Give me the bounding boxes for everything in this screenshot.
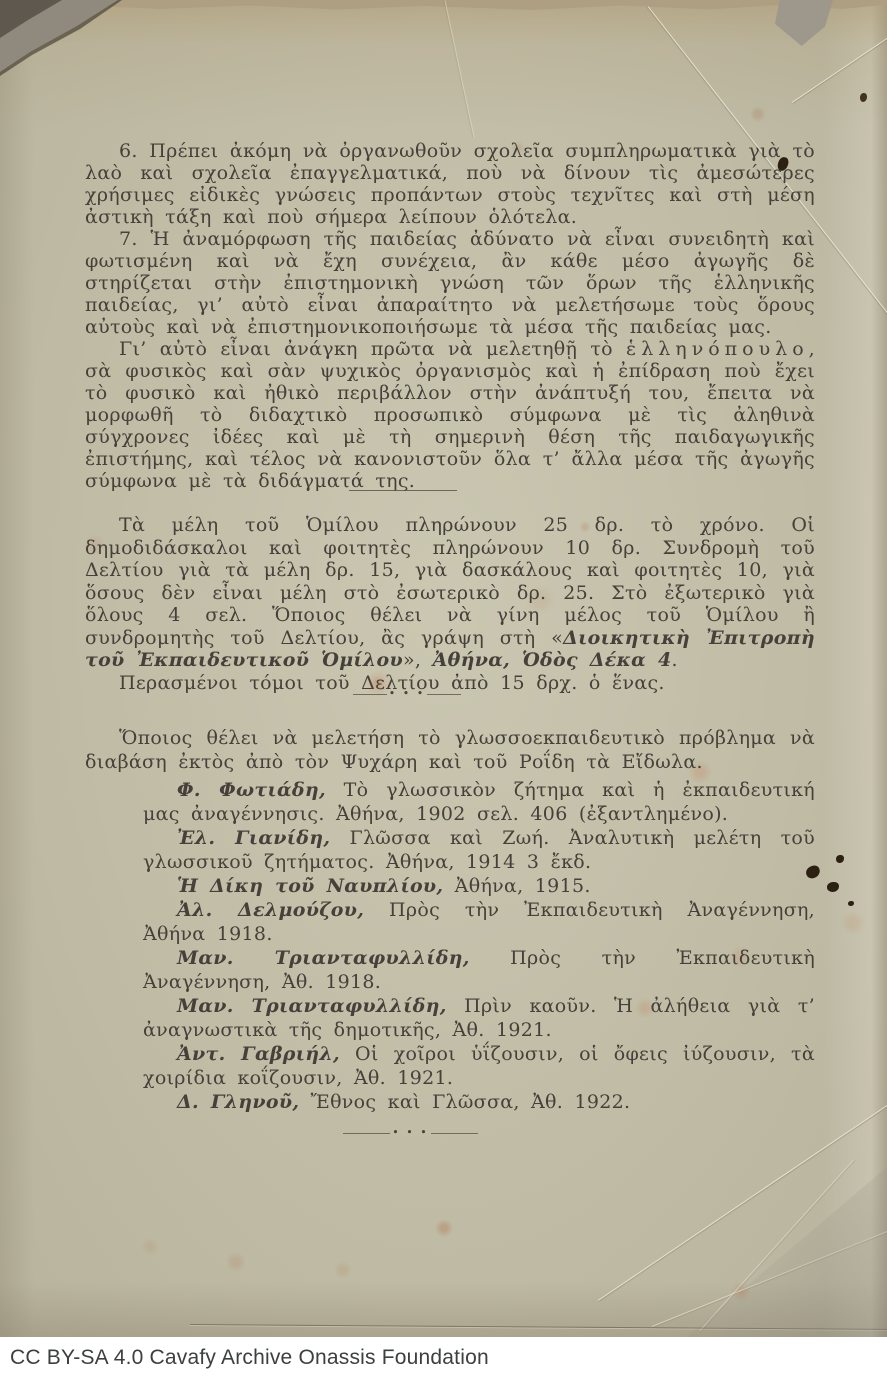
subscription-notice: Τὰ μέλη τοῦ Ὁμίλου πληρώνουν 25 δρ. τὸ χ… [85,514,815,694]
license-bar: CC BY-SA 4.0 Cavafy Archive Onassis Foun… [0,1337,887,1379]
bibliography-intro: Ὅποιος θέλει νὰ μελετήση τὸ γλωσσοεκπαιδ… [85,726,815,774]
bibliography-entry: Ἡ Δίκη τοῦ Ναυπλίου, Ἀθήνα, 1915. [85,874,815,898]
section-divider-dotted: • • • [353,694,461,695]
bibliography-entry: Ἐλ. Γιανίδη, Γλῶσσα καὶ Ζωή. Ἀναλυτικὴ μ… [85,826,815,874]
divider-line [431,1133,478,1134]
body-paragraph: Γι’ αὐτὸ εἶναι ἀνάγκη πρῶτα νὰ μελετηθῇ … [85,338,815,492]
divider-line [353,694,387,695]
body-paragraph: 7. Ἡ ἀναμόρφωση τῆς παιδείας ἀδύνατο νὰ … [85,228,815,338]
bibliography-entry: Φ. Φωτιάδη, Τὸ γλωσσικὸν ζήτημα καὶ ἡ ἐκ… [85,778,815,826]
ink-blot [848,901,854,906]
paragraph-text: Γι’ αὐτὸ εἶναι ἀνάγκη πρῶτα νὰ μελετηθῇ … [119,338,626,360]
bibliography-entry: Ἀλ. Δελμούζου, Πρὸς τὴν Ἐκπαιδευτικὴ Ἀνα… [85,898,815,946]
paragraph-text: , σὰ φυσικὸς καὶ σὰν ψυχικὸς ὀργανισμὸς … [85,338,815,492]
body-text-block: 6. Πρέπει ἀκόμη νὰ ὀργανωθοῦν σχολεῖα συ… [85,140,815,492]
bibliography-entry: Μαν. Τριανταφυλλίδη, Πρὶν καοῦν. Ἡ ἀλήθε… [85,994,815,1042]
bibliography-entry: Δ. Γληνοῦ, Ἔθνος καὶ Γλῶσσα, Ἀθ. 1922. [85,1090,815,1114]
paragraph-text: . [672,649,678,671]
notice-paragraph: Τὰ μέλη τοῦ Ὁμίλου πληρώνουν 25 δρ. τὸ χ… [85,514,815,672]
divider-line [343,1133,390,1134]
bibliography-entry: Μαν. Τριανταφυλλίδη, Πρὸς τὴν Ἐκπαιδευτι… [85,946,815,994]
section-divider [349,490,457,491]
emphasized-word: ἑλληνόπουλο [626,338,809,360]
notice-paragraph: Περασμένοι τόμοι τοῦ Δελτίου ἀπὸ 15 δρχ.… [85,672,815,695]
license-caption: CC BY-SA 4.0 Cavafy Archive Onassis Foun… [10,1346,489,1370]
entry-text: Ἔθνος καὶ Γλῶσσα, Ἀθ. 1922. [299,1091,630,1113]
entry-author: Δ. Γληνοῦ, [177,1091,299,1113]
scanned-page-viewer: 6. Πρέπει ἀκόμη νὰ ὀργανωθοῦν σχολεῖα συ… [0,0,887,1379]
divider-line [427,694,461,695]
torn-notch-top-right [775,0,833,46]
committee-address: Ἀθήνα, Ὁδὸς Δέκα 4 [433,649,672,671]
paper-scan: 6. Πρέπει ἀκόμη νὰ ὀργανωθοῦν σχολεῖα συ… [0,0,887,1337]
entry-author: Μαν. Τριανταφυλλίδη, [177,947,470,969]
body-paragraph: 6. Πρέπει ἀκόμη νὰ ὀργανωθοῦν σχολεῖα συ… [85,140,815,228]
torn-top-edge [0,0,887,10]
bibliography-block: Ὅποιος θέλει νὰ μελετήση τὸ γλωσσοεκπαιδ… [85,726,815,1114]
entry-author: Ἡ Δίκη τοῦ Ναυπλίου, [177,875,443,897]
paper-crease [445,0,475,137]
bibliography-entry: Ἀντ. Γαβριήλ, Οἱ χοῖροι ὑΐζουσιν, οἱ ὄφε… [85,1042,815,1090]
entry-author: Μαν. Τριανταφυλλίδη, [177,995,447,1017]
entry-author: Φ. Φωτιάδη, [177,779,326,801]
ink-blot [836,855,844,863]
paragraph-text: », [403,649,433,671]
ink-blot [860,93,867,102]
ink-blot [827,882,839,892]
entry-text: Ἀθήνα, 1915. [443,875,590,897]
entry-author: Ἐλ. Γιανίδη, [177,827,330,849]
section-divider-dotted: • • • [343,1133,478,1134]
entry-author: Ἀντ. Γαβριήλ, [177,1043,340,1065]
entry-author: Ἀλ. Δελμούζου, [177,899,364,921]
folded-corner-bottom-right [687,1167,887,1337]
